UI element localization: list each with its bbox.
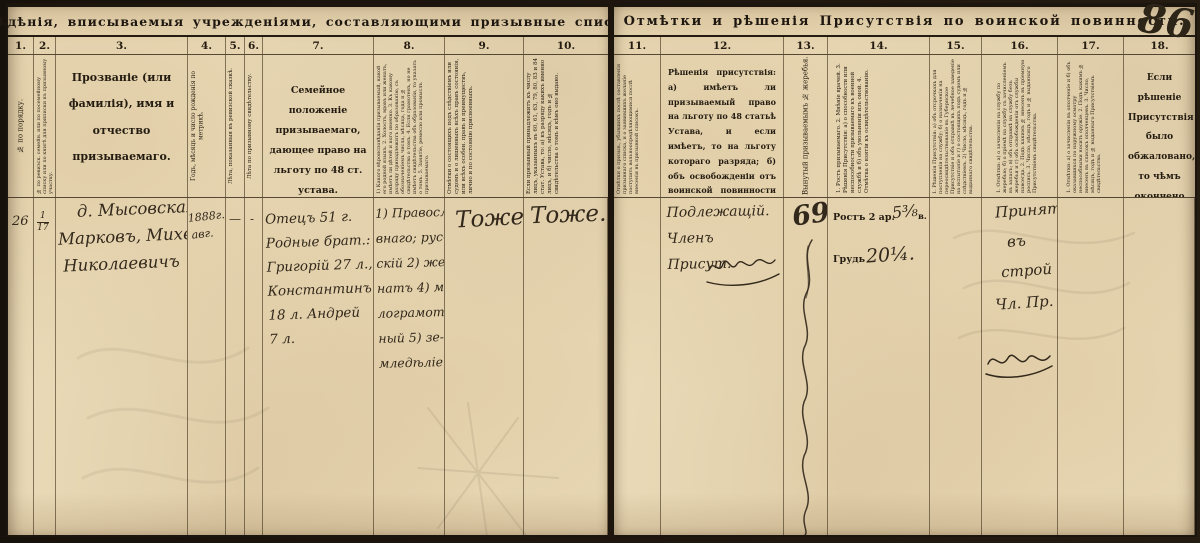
birthdate-cell: 1888г. 13го авг. bbox=[188, 198, 226, 535]
col12-number: 12. bbox=[661, 37, 784, 54]
col16-number: 16. bbox=[982, 37, 1058, 54]
col11-header: Отмѣтки о призыв., убывшихъ послѣ состав… bbox=[614, 55, 660, 197]
col13-header: Вынутый призываемымъ № жеребья. bbox=[784, 55, 827, 197]
category-note-cell: Тоже. bbox=[524, 198, 608, 535]
member-signature bbox=[705, 250, 783, 290]
col7-number: 7. bbox=[263, 37, 374, 54]
patronymic: Николаевичъ bbox=[57, 243, 188, 276]
col9-header: Отмѣтки о состоящихъ подъ слѣдствіемъ ил… bbox=[445, 55, 523, 197]
religion-line: натъ 4) ма- bbox=[377, 274, 445, 301]
col8-number: 8. bbox=[374, 37, 445, 54]
col13-number: 13. bbox=[784, 37, 828, 54]
col6-number: 6. bbox=[245, 37, 263, 54]
col10-number: 10. bbox=[524, 37, 608, 54]
col16-header: 1. Отмѣтки: а) о зачисленіи на службу по… bbox=[982, 55, 1057, 197]
height-value: 5⅜ bbox=[891, 201, 919, 223]
col14-header: 1. Ростъ призываемаго. 2. Мнѣніе врачей.… bbox=[828, 55, 929, 197]
revision-age-cell: — bbox=[226, 198, 245, 535]
cert-age-cell: - bbox=[245, 198, 263, 535]
left-section-title: Свѣдѣнія, вписываемыя учрежденіями, сост… bbox=[8, 7, 608, 37]
religion-line: лограмот- bbox=[377, 299, 445, 326]
religion-line: скій 2) же- bbox=[376, 249, 444, 276]
col15-header: 1. Рѣшенія Присутствія: а) объ отсрочках… bbox=[930, 55, 981, 197]
col5-number: 5. bbox=[226, 37, 245, 54]
religion-line: внаго; рус- bbox=[375, 224, 443, 251]
court-note: Тоже bbox=[445, 198, 524, 234]
measurements-cell: Ростъ 2 ар. 5⅜ в. Грудь 20¼. bbox=[828, 198, 930, 535]
col18-header-cell: Если рѣшеніе Присутствія было обжаловано… bbox=[1124, 55, 1195, 197]
col2-header: № по ревизск. семейн. или по посемейному… bbox=[34, 55, 55, 197]
departed-note-cell bbox=[614, 198, 661, 535]
col2-number: 2. bbox=[34, 37, 56, 54]
col9-header-cell: Отмѣтки о состоящихъ подъ слѣдствіемъ ил… bbox=[445, 55, 524, 197]
col10-header: Если призывный принадлежитъ къ числу лиц… bbox=[524, 55, 608, 197]
col5-header-cell: Лѣта, показанныя въ ревизской сказкѣ. bbox=[226, 55, 245, 197]
col12-header: Рѣшенія присутствія: а) имѣетъ ли призыв… bbox=[661, 55, 783, 197]
col9-number: 9. bbox=[445, 37, 524, 54]
col3-header-cell: Прозваніе (или фамилія), имя и отчество … bbox=[56, 55, 188, 197]
col1-header: № по порядку. bbox=[8, 55, 33, 197]
col18-header: Если рѣшеніе Присутствія было обжаловано… bbox=[1124, 55, 1195, 197]
accepted-signature bbox=[984, 346, 1056, 382]
col6-header-cell: Лѣта по призывному свидѣтельству. bbox=[245, 55, 263, 197]
family-no-numerator: 1 bbox=[37, 212, 49, 223]
chest-label: Грудь bbox=[833, 254, 865, 265]
religion-line: ный 5) зе- bbox=[378, 324, 445, 351]
family-no-denominator: 17 bbox=[37, 223, 49, 233]
col8-header: 1) Какого вѣроисповѣданія призываемый, к… bbox=[374, 55, 444, 197]
col11-number: 11. bbox=[614, 37, 661, 54]
col1-header-cell: № по порядку. bbox=[8, 55, 34, 197]
height-unit: в. bbox=[918, 212, 927, 222]
order-no-cell: 26 bbox=[8, 198, 34, 535]
family-no-cell: 1 17 bbox=[34, 198, 56, 535]
category-note: Тоже. bbox=[524, 198, 607, 229]
col1-number: 1. bbox=[8, 37, 34, 54]
col4-number: 4. bbox=[188, 37, 226, 54]
col13-header-cell: Вынутый призываемымъ № жеребья. bbox=[784, 55, 828, 197]
family-line: 7 л. bbox=[269, 324, 374, 352]
right-column-number-row: 11. 12. 13. 14. 15. 16. 17. 18. bbox=[614, 37, 1195, 55]
left-data-row: 26 1 17 д. Мысовская Марковъ, Михей Нико… bbox=[8, 198, 608, 535]
accepted-cell: Принятъ въ строй Чл. Пр. bbox=[982, 198, 1058, 535]
decision-line: Подлежащій. bbox=[666, 203, 782, 221]
col15-number: 15. bbox=[930, 37, 982, 54]
col17-number: 17. bbox=[1058, 37, 1124, 54]
col16-header-cell: 1. Отмѣтки: а) о зачисленіи на службу по… bbox=[982, 55, 1058, 197]
col4-header-cell: Годъ, мѣсяцъ и число рожденія по метрикѣ… bbox=[188, 55, 226, 197]
family-line: 18 л. Андрей bbox=[268, 300, 374, 328]
order-no: 26 bbox=[8, 198, 33, 229]
religion-education-cell: 1) Правосла- внаго; рус- скій 2) же- нат… bbox=[374, 198, 445, 535]
revision-age: — bbox=[226, 198, 244, 226]
chest-value: 20¼. bbox=[865, 242, 915, 267]
col3-header: Прозваніе (или фамилія), имя и отчество … bbox=[56, 55, 187, 181]
left-column-number-row: 1. 2. 3. 4. 5. 6. 7. 8. 9. 10. bbox=[8, 37, 608, 55]
right-page: Отмѣтки и рѣшенія Присутствія по воинско… bbox=[612, 3, 1197, 537]
col8-header-cell: 1) Какого вѣроисповѣданія призываемый, к… bbox=[374, 55, 445, 197]
col2-header-cell: № по ревизск. семейн. или по посемейному… bbox=[34, 55, 56, 197]
col17-header: 1. Отмѣтки: а) о зачисленіи въ ополченіе… bbox=[1058, 55, 1123, 197]
col14-number: 14. bbox=[828, 37, 930, 54]
court-note-cell: Тоже bbox=[445, 198, 524, 535]
appeal-note-cell bbox=[1124, 198, 1195, 535]
col11-header-cell: Отмѣтки о призыв., убывшихъ послѣ состав… bbox=[614, 55, 661, 197]
cert-age: - bbox=[245, 198, 262, 226]
decision-line: Членъ bbox=[667, 219, 783, 247]
col7-header-cell: Семейное положеніе призываемаго, дающее … bbox=[263, 55, 374, 197]
col3-number: 3. bbox=[56, 37, 188, 54]
col12-header-cell: Рѣшенія присутствія: а) имѣетъ ли призыв… bbox=[661, 55, 784, 197]
accepted-line: строй bbox=[982, 247, 1058, 282]
col15-header-cell: 1. Рѣшенія Присутствія: а) объ отсрочках… bbox=[930, 55, 982, 197]
lot-number-cell: 69 bbox=[784, 198, 828, 535]
col10-header-cell: Если призывный принадлежитъ къ числу лиц… bbox=[524, 55, 608, 197]
family-list-number: 1 17 bbox=[37, 212, 49, 233]
col5-header: Лѣта, показанныя въ ревизской сказкѣ. bbox=[226, 55, 244, 197]
family-status-cell: Отецъ 51 г. Родные брат.: Григорій 27 л.… bbox=[263, 198, 374, 535]
name-cell: д. Мысовская Марковъ, Михей Николаевичъ bbox=[56, 198, 188, 535]
surname-name: Марковъ, Михей bbox=[56, 216, 187, 249]
militia-note-cell bbox=[1058, 198, 1124, 535]
left-page: Свѣдѣнія, вписываемыя учрежденіями, сост… bbox=[6, 3, 610, 537]
col14-header-cell: 1. Ростъ призываемаго. 2. Мнѣніе врачей.… bbox=[828, 55, 930, 197]
religion-line: 1) Правосла- bbox=[375, 199, 443, 226]
left-column-header-row: № по порядку. № по ревизск. семейн. или … bbox=[8, 55, 608, 198]
col17-header-cell: 1. Отмѣтки: а) о зачисленіи въ ополченіе… bbox=[1058, 55, 1124, 197]
religion-line: мледѣліе. bbox=[379, 349, 445, 376]
right-data-row: Подлежащій. Членъ Присут. 69 Ростъ 2 ар.… bbox=[614, 198, 1195, 535]
lot-number: 69 bbox=[784, 198, 828, 234]
col4-header: Годъ, мѣсяцъ и число рожденія по метрикѣ… bbox=[188, 55, 225, 197]
accepted-line: Чл. Пр. bbox=[984, 277, 1058, 314]
height-label: Ростъ 2 ар. bbox=[833, 212, 895, 223]
deferral-cell bbox=[930, 198, 982, 535]
decision-cell: Подлежащій. Членъ Присут. bbox=[661, 198, 784, 535]
vertical-signature bbox=[794, 238, 820, 535]
col7-header: Семейное положеніе призываемаго, дающее … bbox=[263, 55, 373, 197]
right-column-header-row: Отмѣтки о призыв., убывшихъ послѣ состав… bbox=[614, 55, 1195, 198]
right-section-title: Отмѣтки и рѣшенія Присутствія по воинско… bbox=[614, 7, 1195, 37]
page-number: 86 bbox=[1135, 0, 1197, 49]
col6-header: Лѣта по призывному свидѣтельству. bbox=[245, 55, 262, 197]
